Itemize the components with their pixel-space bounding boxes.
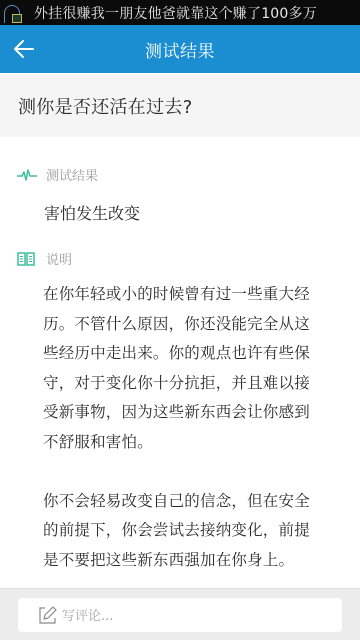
question-title: 测你是否还活在过去? bbox=[18, 93, 193, 119]
comment-bar: 写评论... bbox=[0, 588, 360, 640]
app-bar: 测试结果 bbox=[0, 25, 360, 73]
status-bar: 外挂很赚我一朋友他爸就靠这个赚了100多万 bbox=[0, 0, 360, 25]
content-area: 测试结果 害怕发生改变 说明 在你年轻或小的时候曾有过一些重大经历。不管什么原因… bbox=[0, 137, 360, 587]
book-icon bbox=[17, 251, 37, 267]
arrow-left-icon bbox=[13, 39, 35, 59]
pulse-icon bbox=[17, 167, 37, 183]
description-text: 在你年轻或小的时候曾有过一些重大经历。不管什么原因，你还没能完全从这些经历中走出… bbox=[43, 280, 318, 575]
description-section-header: 说明 bbox=[17, 249, 72, 268]
description-paragraph: 你不会轻易改变自己的信念，但在安全的前提下，你会尝试去接纳变化，前提是不要把这些… bbox=[43, 487, 318, 576]
description-section-label: 说明 bbox=[46, 249, 72, 268]
description-paragraph: 在你年轻或小的时候曾有过一些重大经历。不管什么原因，你还没能完全从这些经历中走出… bbox=[43, 280, 318, 457]
comment-placeholder: 写评论... bbox=[62, 605, 113, 624]
result-section-header: 测试结果 bbox=[17, 165, 98, 184]
result-section-label: 测试结果 bbox=[46, 165, 98, 184]
notification-app-icon bbox=[4, 5, 24, 23]
result-value: 害怕发生改变 bbox=[44, 201, 140, 224]
page-title: 测试结果 bbox=[145, 37, 215, 62]
back-button[interactable] bbox=[10, 35, 38, 63]
question-header: 测你是否还活在过去? bbox=[0, 75, 360, 137]
edit-icon bbox=[38, 605, 58, 625]
comment-input[interactable]: 写评论... bbox=[18, 598, 342, 632]
notification-ticker[interactable]: 外挂很赚我一朋友他爸就靠这个赚了100多万 bbox=[34, 5, 317, 23]
